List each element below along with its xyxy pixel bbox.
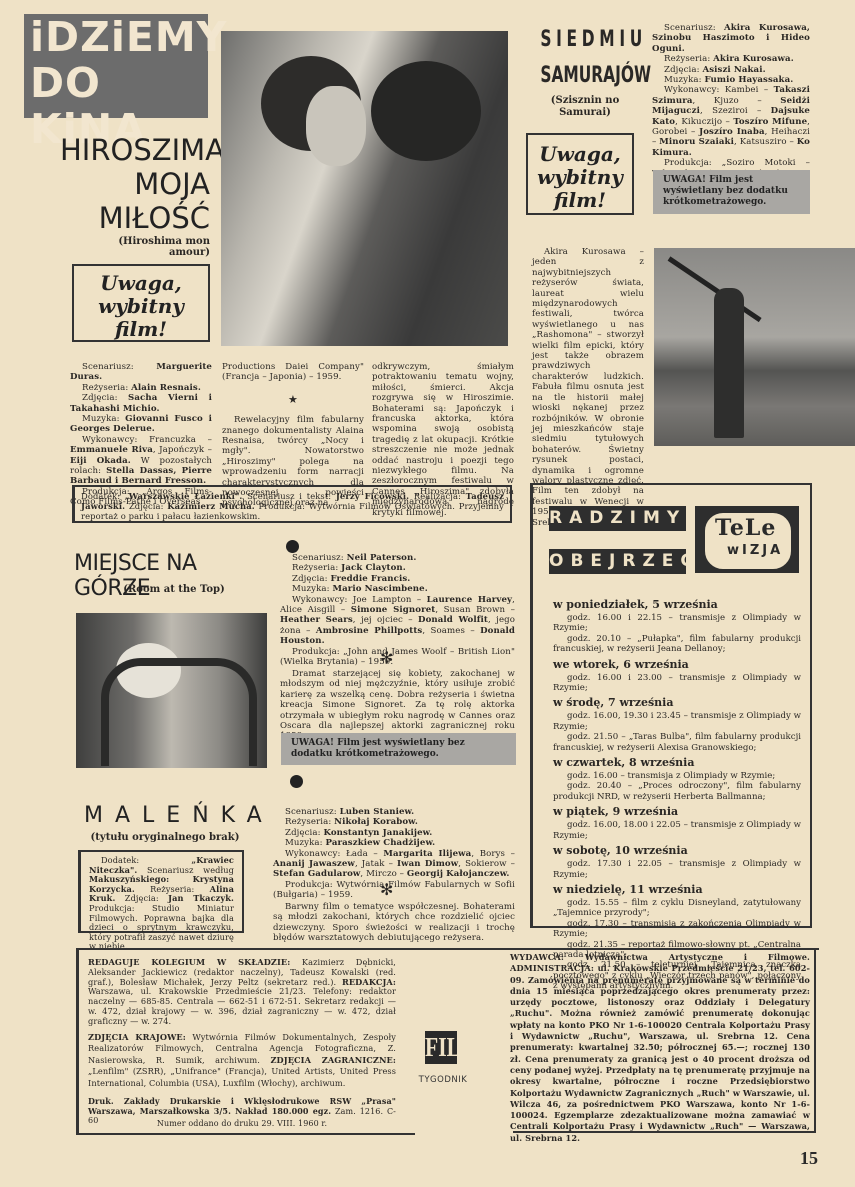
footer-photo-credits: ZDJĘCIA KRAJOWE: Wytwórnia Filmów Dokume…	[88, 1032, 396, 1089]
asterisk-separator-icon: ✻	[380, 880, 393, 899]
section-logo-idziemy-do-kina: iDZiEMY DO KiNA	[24, 14, 208, 118]
bullet-dot-icon	[286, 540, 299, 553]
tv-program-item: godz. 15.55 – film z cyklu Disneyland, z…	[553, 898, 801, 919]
tv-day-heading: w czwartek, 8 września	[553, 756, 801, 770]
film3-review: Dramat starzejącej się kobiety, zakochan…	[280, 669, 515, 742]
tv-recommendations-box: RADZIMY OBEJRZEĆ TeLe wIZJA w poniedział…	[530, 483, 812, 928]
film2-credits: Scenariusz: Akira Kurosawa, Szinobu Hasz…	[652, 23, 810, 179]
telewizja-logo: TeLe wIZJA	[695, 506, 799, 573]
asterisk-separator-icon: ✻	[380, 648, 393, 667]
tv-screen-icon: TeLe wIZJA	[705, 513, 791, 569]
tv-program-item: godz. 16.00 – transmisja z Olimpiady w R…	[553, 771, 801, 781]
film1-title: HIROSZIMA, MOJA MIŁOŚĆ	[60, 133, 210, 235]
tv-day-heading: w niedzielę, 11 września	[553, 883, 801, 897]
tv-program-item: godz. 17.30 i 22.05 – transmisje z Olimp…	[553, 859, 801, 880]
film-magazine-logo: FILM	[425, 1031, 457, 1064]
film3-photo	[76, 613, 267, 768]
film3-original-title: (Room at the Top)	[74, 584, 274, 595]
film3-notice: UWAGA! Film jest wyświetlany bez dodatku…	[281, 733, 516, 765]
film2-photo	[654, 248, 855, 446]
page-number: 15	[800, 1148, 818, 1169]
tv-program-item: godz. 20.40 – „Proces odroczony", film f…	[553, 781, 801, 802]
film2-title: SIEDMIU SAMURAJÓW	[540, 22, 627, 94]
logo-line-1: iDZiEMY	[24, 14, 208, 60]
footer-editorial: REDAGUJE KOLEGIUM W SKŁADZIE: Kazimierz …	[88, 958, 396, 1027]
tv-day-heading: w piątek, 9 września	[553, 805, 801, 819]
footer-bottom-rule	[76, 1133, 415, 1135]
film4-original-title: (tytułu oryginalnego brak)	[80, 832, 250, 843]
tv-program-item: godz. 16.00, 19.30 i 23.45 – transmisje …	[553, 711, 801, 732]
bullet-dot-icon	[290, 775, 303, 788]
film1-photo	[221, 31, 508, 346]
star-separator-icon: ★	[222, 395, 364, 405]
tv-program-item: godz. 16.00 i 23.00 – transmisje z Olimp…	[553, 673, 801, 694]
footer-left-rule	[76, 948, 79, 1135]
tv-day-heading: we wtorek, 6 września	[553, 658, 801, 672]
tv-program-item: godz. 16.00, 18.00 i 22.05 – transmisje …	[553, 820, 801, 841]
footer-print-date: Numer oddano do druku 29. VIII. 1960 r.	[88, 1119, 396, 1129]
photo-shape	[371, 61, 481, 161]
footer-right-rule	[814, 948, 816, 1133]
film2-recommended-badge: Uwaga, wybitny film!	[526, 133, 634, 215]
tv-day-heading: w poniedziałek, 5 września	[553, 598, 801, 612]
footer-publisher-info: WYDAWCA: Wydawnictwa Artystyczne i Filmo…	[510, 952, 810, 1144]
tv-pill-obejrzec: OBEJRZEĆ	[549, 549, 686, 574]
tv-program-item: godz. 21.50 – „Taras Bulba", film fabula…	[553, 732, 801, 753]
tv-program-item: godz. 20.10 – „Pułapka", film fabularny …	[553, 634, 801, 655]
film1-recommended-badge: Uwaga, wybitny film!	[72, 264, 210, 342]
film2-notice: UWAGA! Film jest wyświetlany bez dodatku…	[653, 170, 810, 214]
film4-title: MALEŃKA	[84, 803, 264, 828]
film2-original-title: (Szisznin no Samurai)	[540, 95, 630, 119]
film4-supplement-krawiec-niteczka: Dodatek: „Krawiec Niteczka". Scenariusz …	[78, 850, 244, 933]
film1-original-title: (Hiroshima mon amour)	[80, 236, 210, 258]
tv-day-heading: w sobotę, 10 września	[553, 844, 801, 858]
tv-day-heading: w środę, 7 września	[553, 696, 801, 710]
film4-review: Barwny film o tematyce współczesnej. Boh…	[273, 902, 515, 944]
photo-shape	[714, 288, 744, 438]
film3-credits: Scenariusz: Neil Paterson.Reżyseria: Jac…	[280, 553, 515, 667]
tv-program-item: godz. 17.30 – transmisja z zakończenia O…	[553, 919, 801, 940]
tv-schedule: w poniedziałek, 5 wrześniagodz. 16.00 i …	[553, 595, 801, 992]
film-magazine-subtitle: TYGODNIK	[418, 1075, 468, 1085]
photo-shape	[306, 86, 366, 166]
film4-credits: Scenariusz: Luben Staniew.Reżyseria: Nik…	[273, 807, 515, 901]
tv-program-item: godz. 16.00 i 22.15 – transmisje z Olimp…	[553, 613, 801, 634]
tv-pill-radzimy: RADZIMY	[549, 506, 686, 531]
supplement-warszawskie-lazienki: Dodatek: „Warszawskie Łazienki". Scenari…	[72, 485, 512, 523]
photo-shape	[101, 658, 257, 766]
